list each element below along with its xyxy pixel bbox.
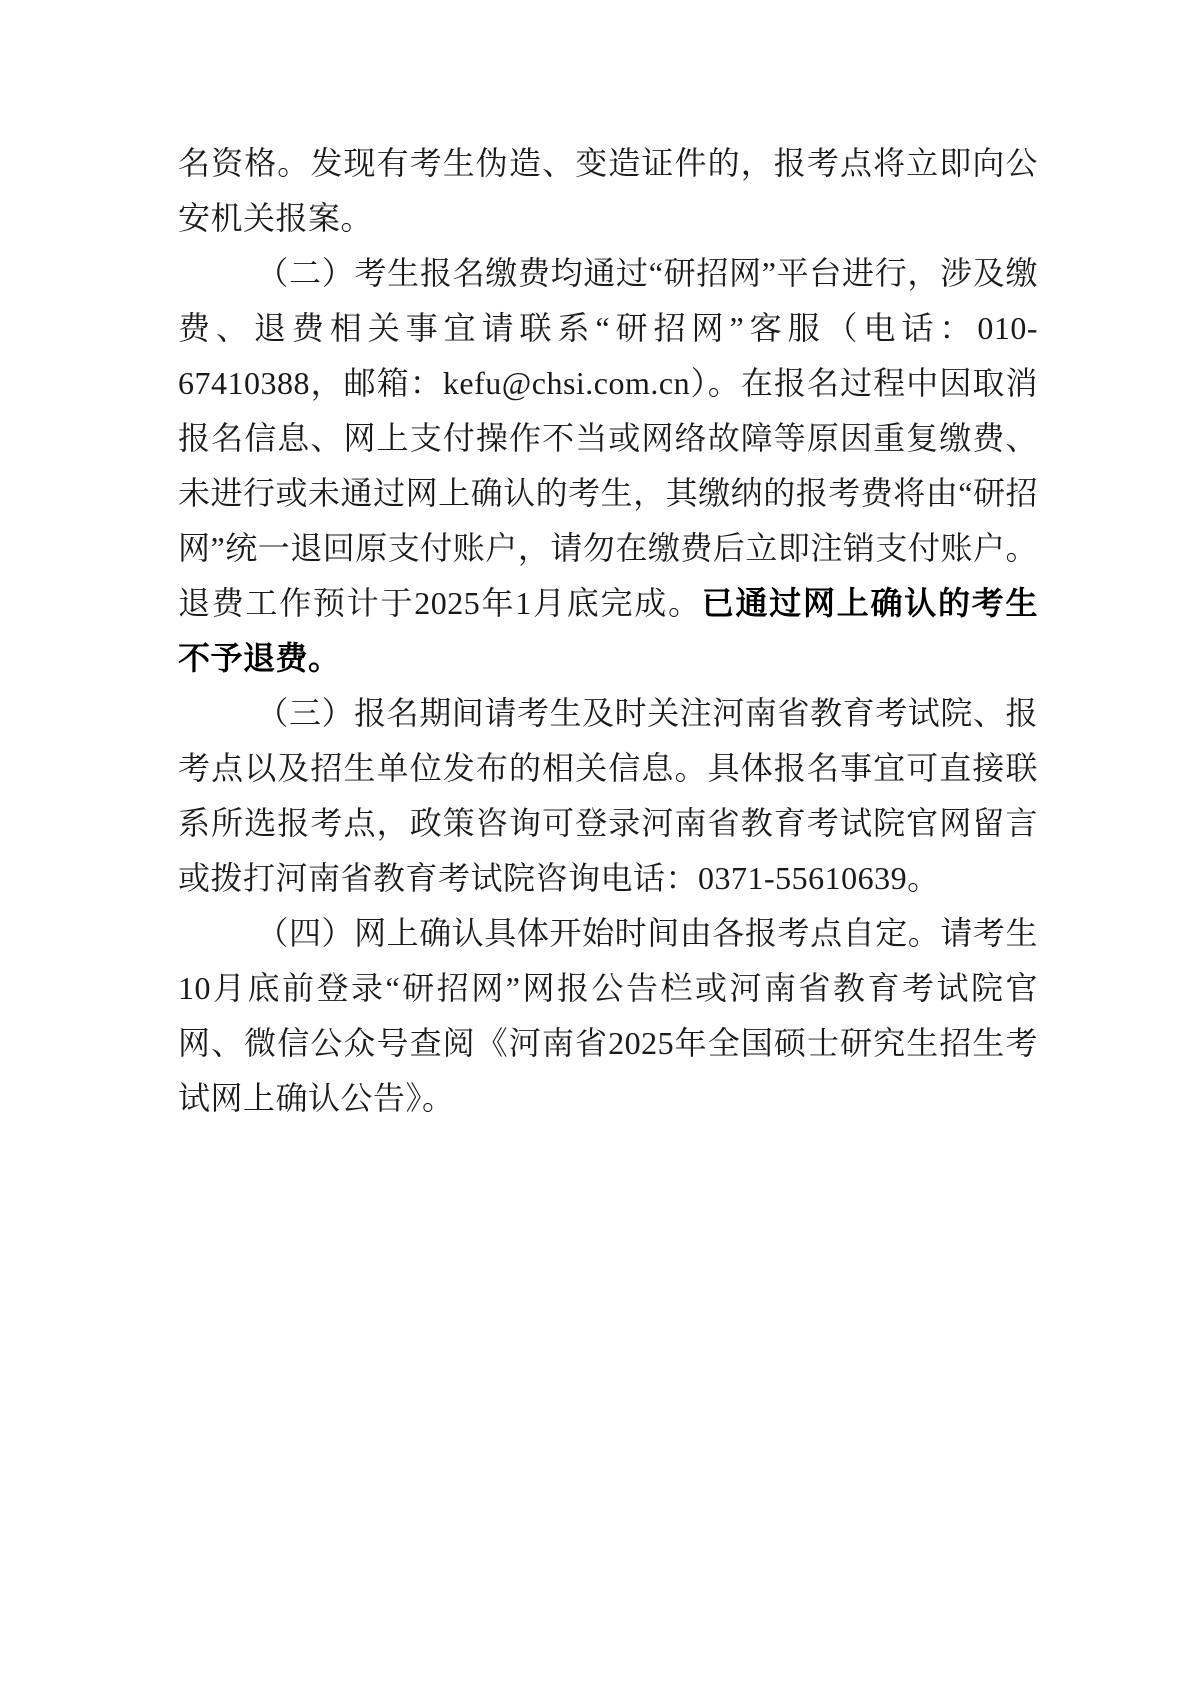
paragraph-item-2: （二）考生报名缴费均通过“研招网”平台进行，涉及缴费、退费相关事宜请联系“研招网… [178, 246, 1038, 686]
document-body: 名资格。发现有考生伪造、变造证件的，报考点将立即向公安机关报案。 （二）考生报名… [178, 136, 1038, 1126]
paragraph-text: 名资格。发现有考生伪造、变造证件的，报考点将立即向公安机关报案。 [178, 145, 1038, 236]
document-page: 名资格。发现有考生伪造、变造证件的，报考点将立即向公安机关报案。 （二）考生报名… [0, 0, 1191, 1684]
paragraph-item-4: （四）网上确认具体开始时间由各报考点自定。请考生10月底前登录“研招网”网报公告… [178, 906, 1038, 1126]
paragraph-text: （二）考生报名缴费均通过“研招网”平台进行，涉及缴费、退费相关事宜请联系“研招网… [178, 255, 1038, 621]
paragraph-continuation: 名资格。发现有考生伪造、变造证件的，报考点将立即向公安机关报案。 [178, 136, 1038, 246]
paragraph-text: （三）报名期间请考生及时关注河南省教育考试院、报考点以及招生单位发布的相关信息。… [178, 695, 1038, 896]
paragraph-item-3: （三）报名期间请考生及时关注河南省教育考试院、报考点以及招生单位发布的相关信息。… [178, 686, 1038, 906]
paragraph-text: （四）网上确认具体开始时间由各报考点自定。请考生10月底前登录“研招网”网报公告… [178, 915, 1038, 1116]
